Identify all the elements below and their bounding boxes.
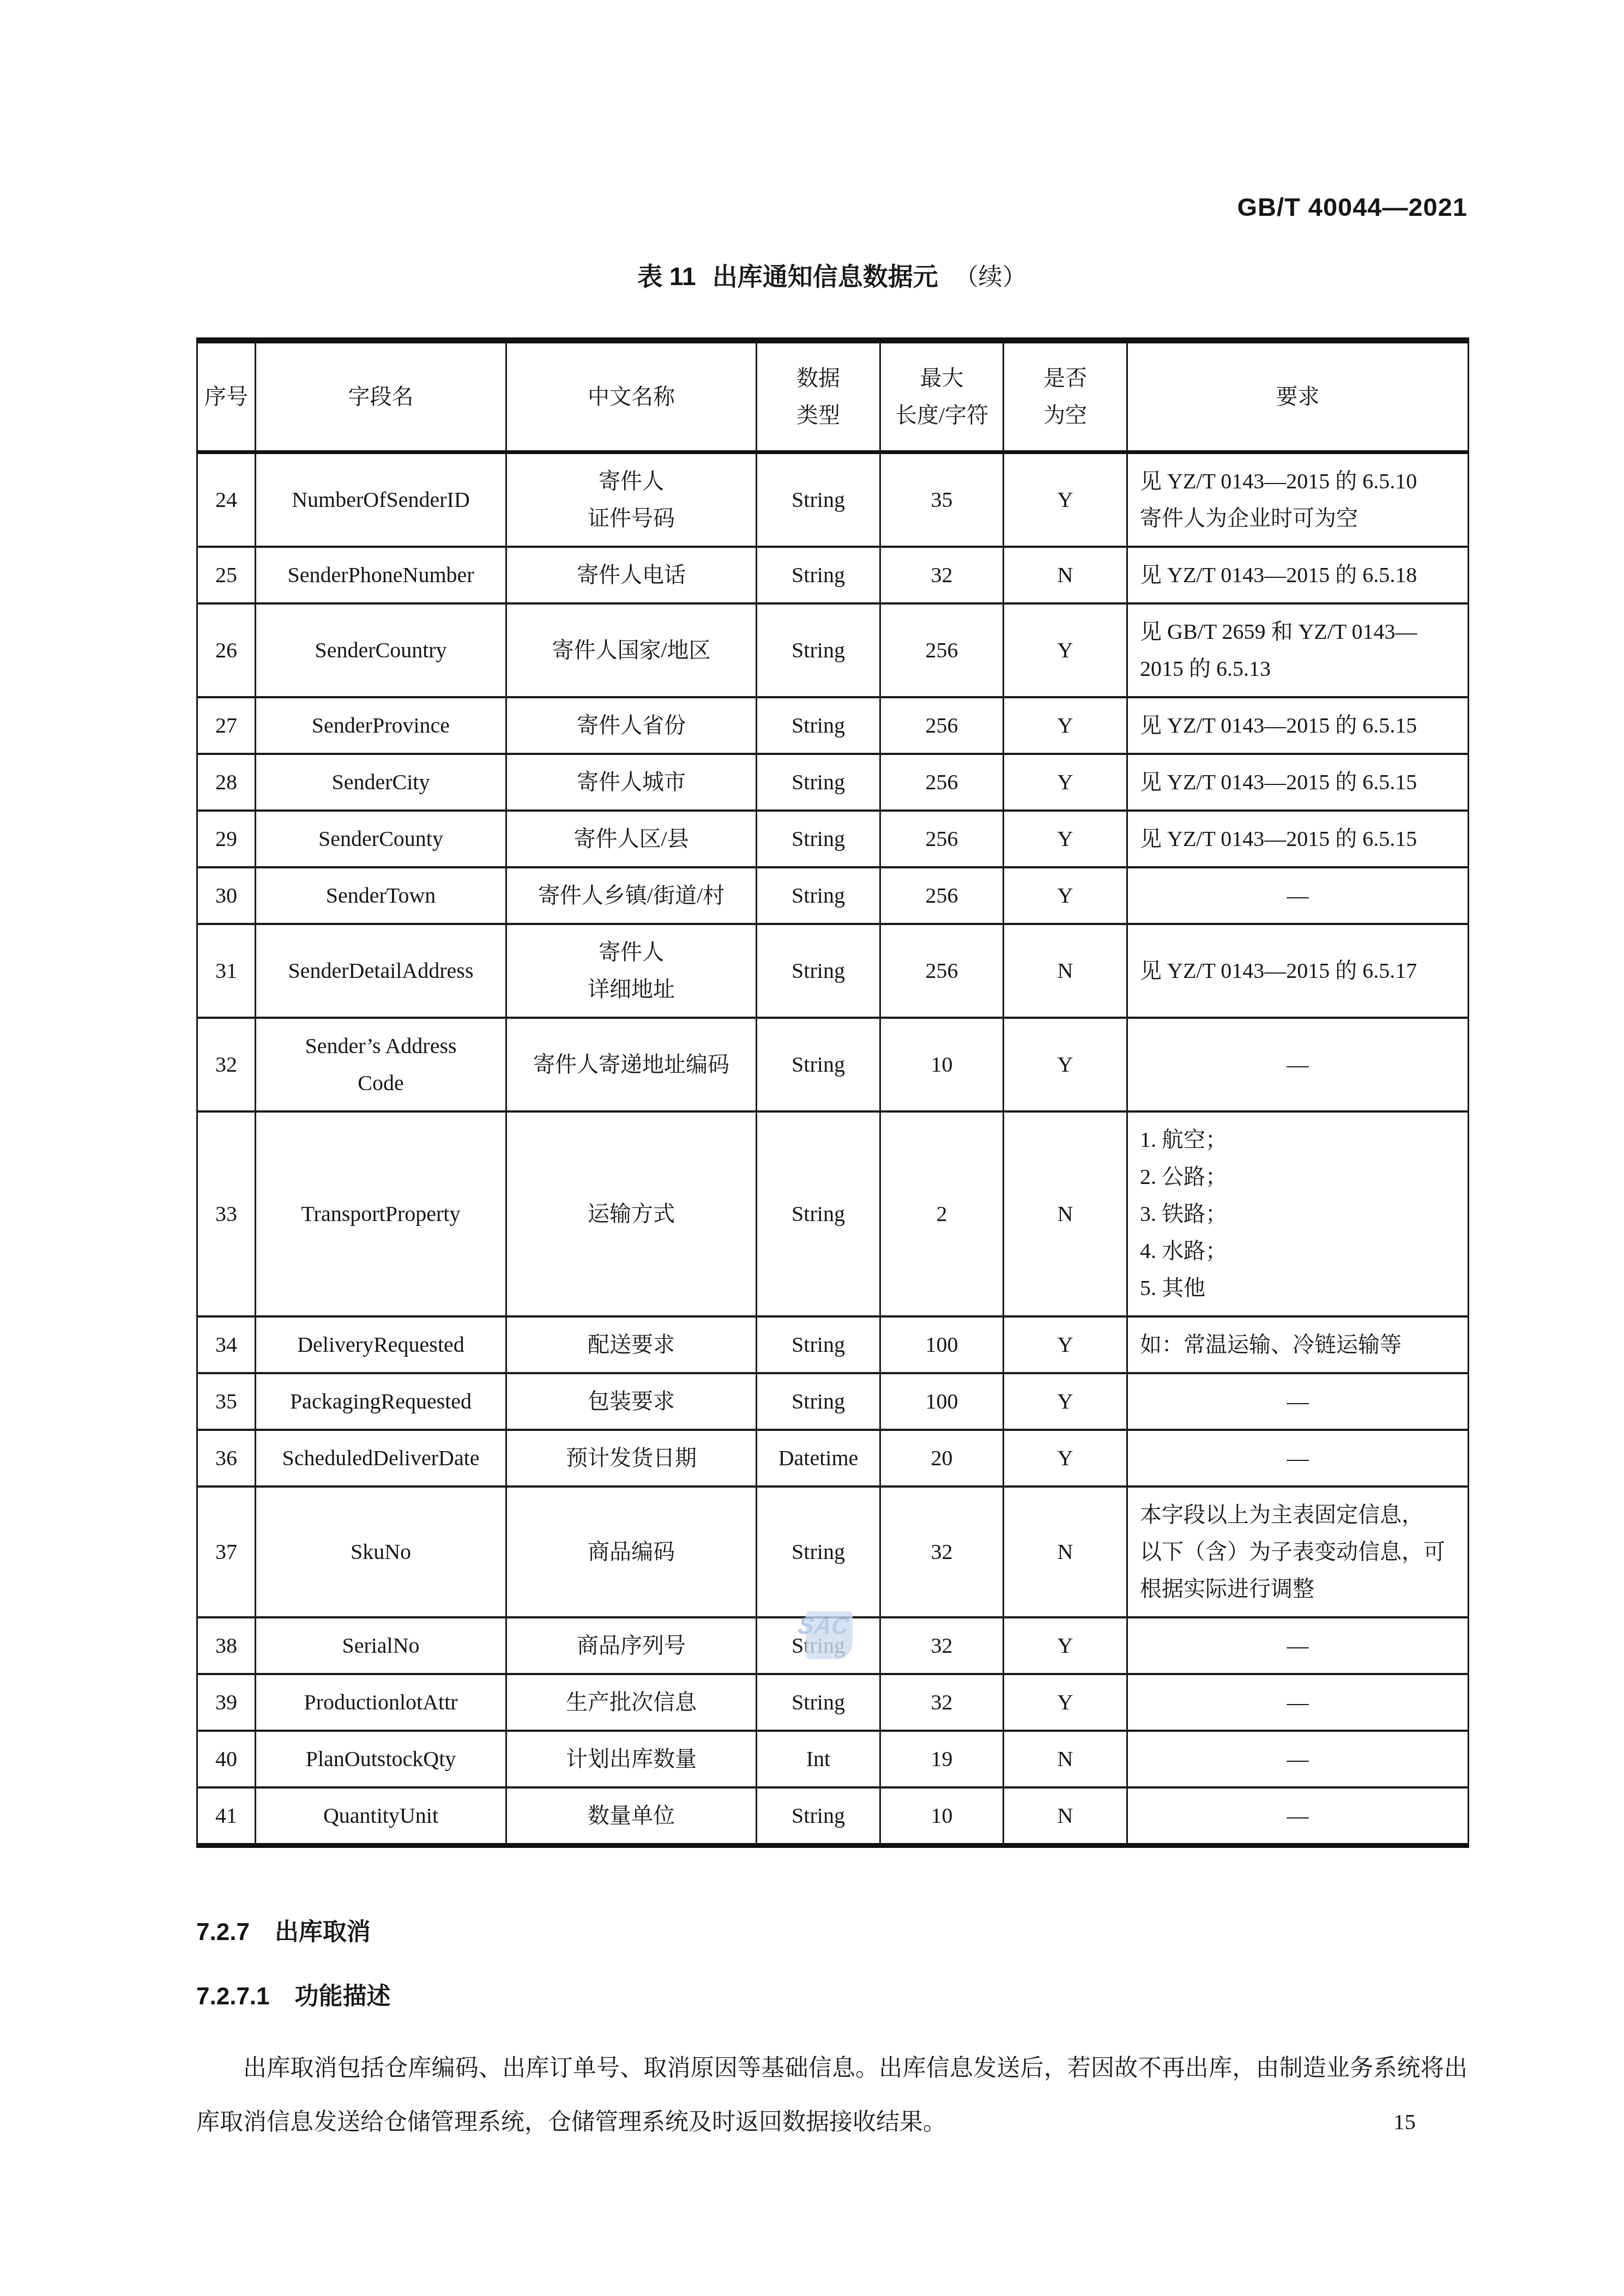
cell-field: ScheduledDeliverDate — [256, 1430, 506, 1487]
cell-field: QuantityUnit — [256, 1787, 506, 1846]
sac-watermark: SAC — [806, 1611, 853, 1659]
cell-field: SenderCity — [256, 754, 506, 811]
cell-cname: 数量单位 — [506, 1787, 757, 1846]
section-heading-7271: 7.2.7.1 功能描述 — [196, 1977, 1468, 2011]
cell-dtype: String — [757, 1316, 880, 1373]
cell-no: 35 — [197, 1373, 256, 1430]
table-row: 30SenderTown寄件人乡镇/街道/村String256Y— — [197, 867, 1469, 924]
cell-req: 如：常温运输、冷链运输等 — [1127, 1316, 1469, 1373]
cell-nullable: Y — [1004, 1430, 1127, 1487]
cell-req: 见 YZ/T 0143—2015 的 6.5.18 — [1127, 547, 1469, 603]
cell-cname: 寄件人寄递地址编码 — [506, 1018, 757, 1111]
col-dtype: 数据 类型 — [757, 341, 880, 452]
cell-nullable: Y — [1004, 1373, 1127, 1430]
table-row: 35PackagingRequested包装要求String100Y— — [197, 1373, 1469, 1430]
table-row: 27SenderProvince寄件人省份String256Y见 YZ/T 01… — [197, 697, 1469, 754]
table-row: 28SenderCity寄件人城市String256Y见 YZ/T 0143—2… — [197, 754, 1469, 811]
cell-no: 31 — [197, 924, 256, 1018]
cell-maxlen: 256 — [880, 811, 1004, 867]
cell-req: 见 YZ/T 0143—2015 的 6.5.17 — [1127, 924, 1469, 1018]
cell-maxlen: 10 — [880, 1018, 1004, 1111]
cell-field: NumberOfSenderID — [256, 452, 506, 547]
cell-no: 38 — [197, 1617, 256, 1674]
cell-dtype: String — [757, 924, 880, 1018]
cell-dtype: String — [757, 1111, 880, 1316]
cell-no: 26 — [197, 603, 256, 697]
cell-maxlen: 20 — [880, 1430, 1004, 1487]
cell-dtype: String — [757, 1487, 880, 1617]
standard-code: GB/T 40044—2021 — [196, 0, 1468, 222]
cell-req: 见 YZ/T 0143—2015 的 6.5.15 — [1127, 697, 1469, 754]
cell-cname: 预计发货日期 — [506, 1430, 757, 1487]
cell-req: 见 YZ/T 0143—2015 的 6.5.15 — [1127, 754, 1469, 811]
section-number: 7.2.7 — [196, 1919, 250, 1946]
cell-nullable: Y — [1004, 697, 1127, 754]
cell-field: SenderDetailAddress — [256, 924, 506, 1018]
cell-field: SenderProvince — [256, 697, 506, 754]
cell-dtype: Datetime — [757, 1430, 880, 1487]
cell-no: 28 — [197, 754, 256, 811]
cell-cname: 寄件人国家/地区 — [506, 603, 757, 697]
cell-no: 29 — [197, 811, 256, 867]
cell-nullable: N — [1004, 1787, 1127, 1846]
cell-maxlen: 35 — [880, 452, 1004, 547]
cell-no: 24 — [197, 452, 256, 547]
sac-watermark-label: SAC — [796, 1612, 850, 1640]
cell-req: — — [1127, 1430, 1469, 1487]
table-title-main: 出库通知信息数据元 — [713, 257, 938, 293]
cell-cname: 包装要求 — [506, 1373, 757, 1430]
cell-dtype: String — [757, 1373, 880, 1430]
cell-req: — — [1127, 1674, 1469, 1731]
section-title: 功能描述 — [295, 1977, 391, 2011]
cell-field: ProductionlotAttr — [256, 1674, 506, 1731]
section-number: 7.2.7.1 — [196, 1983, 270, 2010]
cell-cname: 寄件人乡镇/街道/村 — [506, 867, 757, 924]
section-heading-727: 7.2.7 出库取消 — [196, 1912, 1468, 1947]
document-page: GB/T 40044—2021 表 11出库通知信息数据元（续） 序号 字段名 … — [0, 0, 1624, 2296]
cell-field: TransportProperty — [256, 1111, 506, 1316]
cell-cname: 寄件人省份 — [506, 697, 757, 754]
section-title: 出库取消 — [275, 1912, 371, 1947]
cell-nullable: N — [1004, 1487, 1127, 1617]
cell-nullable: Y — [1004, 1018, 1127, 1111]
body-paragraph: 出库取消包括仓库编码、出库订单号、取消原因等基础信息。出库信息发送后，若因故不再… — [196, 2042, 1468, 2150]
cell-req: 见 GB/T 2659 和 YZ/T 0143— 2015 的 6.5.13 — [1127, 603, 1469, 697]
cell-req: — — [1127, 1373, 1469, 1430]
cell-nullable: N — [1004, 547, 1127, 603]
table-row: 40PlanOutstockQty计划出库数量Int19N— — [197, 1731, 1469, 1787]
cell-maxlen: 19 — [880, 1731, 1004, 1787]
cell-cname: 商品编码 — [506, 1487, 757, 1617]
cell-dtype: String — [757, 697, 880, 754]
cell-nullable: N — [1004, 1731, 1127, 1787]
cell-maxlen: 256 — [880, 603, 1004, 697]
cell-req: 1. 航空； 2. 公路； 3. 铁路； 4. 水路； 5. 其他 — [1127, 1111, 1469, 1316]
cell-req: — — [1127, 1018, 1469, 1111]
cell-req: — — [1127, 1731, 1469, 1787]
cell-maxlen: 256 — [880, 924, 1004, 1018]
cell-req: 见 YZ/T 0143—2015 的 6.5.15 — [1127, 811, 1469, 867]
cell-field: DeliveryRequested — [256, 1316, 506, 1373]
table-row: 41QuantityUnit数量单位String10N— — [197, 1787, 1469, 1846]
cell-no: 39 — [197, 1674, 256, 1731]
cell-maxlen: 32 — [880, 1487, 1004, 1617]
cell-no: 30 — [197, 867, 256, 924]
cell-nullable: Y — [1004, 811, 1127, 867]
cell-req: — — [1127, 1787, 1469, 1846]
cell-maxlen: 10 — [880, 1787, 1004, 1846]
cell-nullable: Y — [1004, 1316, 1127, 1373]
col-field: 字段名 — [256, 341, 506, 452]
cell-cname: 配送要求 — [506, 1316, 757, 1373]
cell-dtype: String — [757, 754, 880, 811]
cell-no: 27 — [197, 697, 256, 754]
cell-cname: 寄件人区/县 — [506, 811, 757, 867]
table-row: 24NumberOfSenderID寄件人 证件号码String35Y见 YZ/… — [197, 452, 1469, 547]
page-number: 15 — [1393, 2108, 1416, 2135]
cell-no: 36 — [197, 1430, 256, 1487]
cell-cname: 寄件人城市 — [506, 754, 757, 811]
table-row: 32Sender’s Address Code寄件人寄递地址编码String10… — [197, 1018, 1469, 1111]
cell-req: — — [1127, 1617, 1469, 1674]
cell-cname: 寄件人 证件号码 — [506, 452, 757, 547]
table-row: 31SenderDetailAddress寄件人 详细地址String256N见… — [197, 924, 1469, 1018]
table-title-prefix: 表 11 — [637, 257, 696, 293]
cell-dtype: String — [757, 547, 880, 603]
table-row: 33TransportProperty运输方式String2N1. 航空； 2.… — [197, 1111, 1469, 1316]
col-cname: 中文名称 — [506, 341, 757, 452]
cell-dtype: String — [757, 811, 880, 867]
cell-no: 37 — [197, 1487, 256, 1617]
cell-maxlen: 100 — [880, 1373, 1004, 1430]
cell-nullable: Y — [1004, 867, 1127, 924]
table-row: 29SenderCounty寄件人区/县String256Y见 YZ/T 014… — [197, 811, 1469, 867]
cell-cname: 寄件人电话 — [506, 547, 757, 603]
cell-no: 34 — [197, 1316, 256, 1373]
col-nullable: 是否 为空 — [1004, 341, 1127, 452]
cell-nullable: Y — [1004, 754, 1127, 811]
cell-field: SerialNo — [256, 1617, 506, 1674]
cell-maxlen: 256 — [880, 754, 1004, 811]
cell-dtype: String — [757, 867, 880, 924]
cell-cname: 寄件人 详细地址 — [506, 924, 757, 1018]
cell-field: SenderCounty — [256, 811, 506, 867]
cell-field: SenderCountry — [256, 603, 506, 697]
table-row: 37SkuNo商品编码String32N本字段以上为主表固定信息， 以下（含）为… — [197, 1487, 1469, 1617]
cell-nullable: Y — [1004, 1617, 1127, 1674]
cell-no: 40 — [197, 1731, 256, 1787]
cell-field: SenderPhoneNumber — [256, 547, 506, 603]
table-row: 34DeliveryRequested配送要求String100Y如：常温运输、… — [197, 1316, 1469, 1373]
cell-dtype: String — [757, 452, 880, 547]
table-row: 26SenderCountry寄件人国家/地区String256Y见 GB/T … — [197, 603, 1469, 697]
cell-req: 见 YZ/T 0143—2015 的 6.5.10 寄件人为企业时可为空 — [1127, 452, 1469, 547]
cell-no: 33 — [197, 1111, 256, 1316]
cell-maxlen: 32 — [880, 1617, 1004, 1674]
col-no: 序号 — [197, 341, 256, 452]
cell-cname: 生产批次信息 — [506, 1674, 757, 1731]
cell-maxlen: 100 — [880, 1316, 1004, 1373]
cell-nullable: Y — [1004, 1674, 1127, 1731]
table-title: 表 11出库通知信息数据元（续） — [196, 257, 1468, 293]
cell-maxlen: 256 — [880, 867, 1004, 924]
cell-dtype: String — [757, 603, 880, 697]
cell-maxlen: 32 — [880, 1674, 1004, 1731]
table-row: 39ProductionlotAttr生产批次信息String32Y— — [197, 1674, 1469, 1731]
cell-nullable: Y — [1004, 452, 1127, 547]
cell-nullable: N — [1004, 924, 1127, 1018]
cell-field: Sender’s Address Code — [256, 1018, 506, 1111]
cell-maxlen: 2 — [880, 1111, 1004, 1316]
table-row: 25SenderPhoneNumber寄件人电话String32N见 YZ/T … — [197, 547, 1469, 603]
cell-cname: 计划出库数量 — [506, 1731, 757, 1787]
cell-field: PackagingRequested — [256, 1373, 506, 1430]
cell-cname: 商品序列号 — [506, 1617, 757, 1674]
cell-field: SenderTown — [256, 867, 506, 924]
cell-nullable: Y — [1004, 603, 1127, 697]
cell-no: 25 — [197, 547, 256, 603]
cell-maxlen: 32 — [880, 547, 1004, 603]
table-title-suffix: （续） — [955, 257, 1027, 292]
cell-dtype: String — [757, 1018, 880, 1111]
cell-nullable: N — [1004, 1111, 1127, 1316]
col-maxlen: 最大 长度/字符 — [880, 341, 1004, 452]
cell-req: 本字段以上为主表固定信息， 以下（含）为子表变动信息，可 根据实际进行调整 — [1127, 1487, 1469, 1617]
cell-req: — — [1127, 867, 1469, 924]
cell-no: 41 — [197, 1787, 256, 1846]
cell-maxlen: 256 — [880, 697, 1004, 754]
cell-cname: 运输方式 — [506, 1111, 757, 1316]
cell-no: 32 — [197, 1018, 256, 1111]
table-row: 36ScheduledDeliverDate预计发货日期Datetime20Y— — [197, 1430, 1469, 1487]
cell-field: SkuNo — [256, 1487, 506, 1617]
cell-field: PlanOutstockQty — [256, 1731, 506, 1787]
cell-dtype: String — [757, 1674, 880, 1731]
cell-dtype: Int — [757, 1731, 880, 1787]
cell-dtype: String — [757, 1787, 880, 1846]
col-req: 要求 — [1127, 341, 1469, 452]
table-header-row: 序号 字段名 中文名称 数据 类型 最大 长度/字符 是否 为空 要求 — [197, 341, 1469, 452]
